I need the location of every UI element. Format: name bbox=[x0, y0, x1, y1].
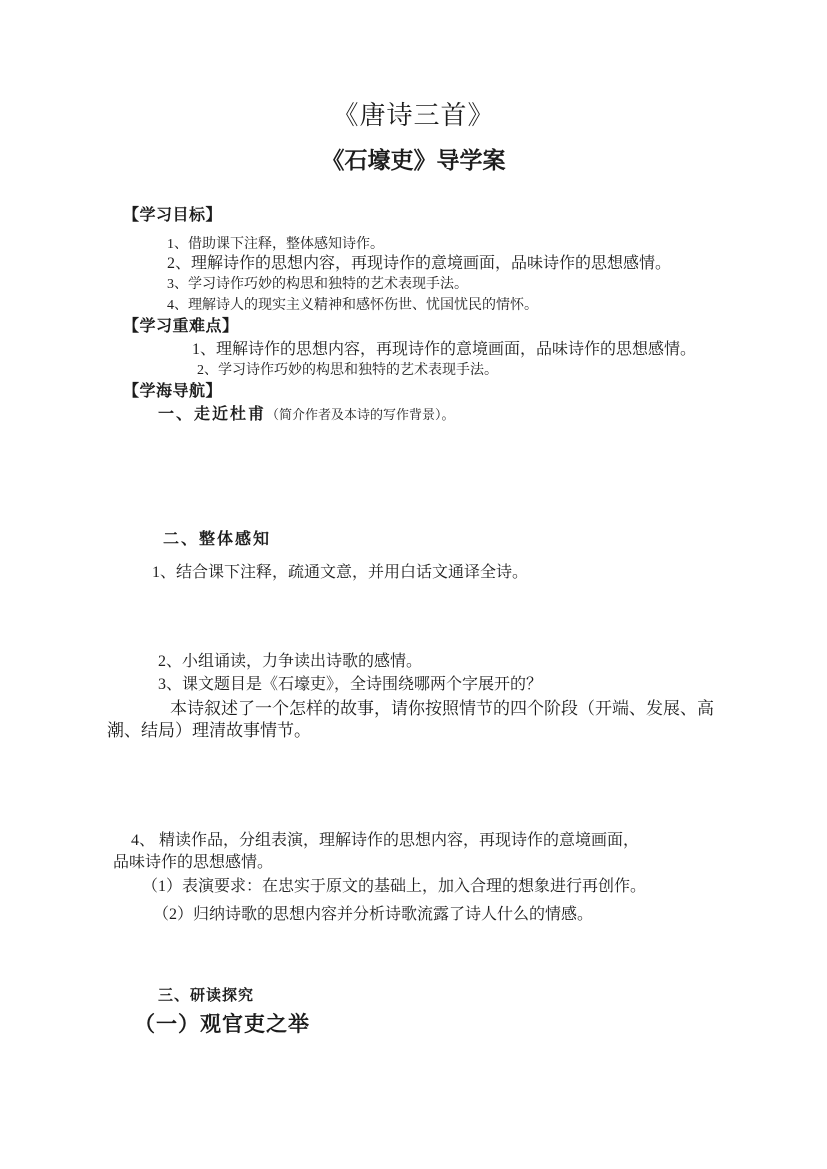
key-difficulty-item-1: 1、理解诗作的思想内容，再现诗作的意境画面，品味诗作的思想感情。 bbox=[192, 340, 696, 360]
part1-note: （简介作者及本诗的写作背景）。 bbox=[266, 407, 455, 422]
part1-title: 一、走近杜甫 bbox=[158, 406, 266, 423]
doc-title: 《唐诗三首》 bbox=[0, 100, 827, 133]
part2-question-3: 3、课文题目是《石壕吏》，全诗围绕哪两个字展开的？ bbox=[158, 675, 542, 695]
key-difficulty-item-2: 2、学习诗作巧妙的构思和独特的艺术表现手法。 bbox=[197, 362, 498, 380]
study-goal-item-3: 3、学习诗作巧妙的构思和独特的艺术表现手法。 bbox=[167, 276, 468, 294]
section-header-key-difficulties: 【学习重难点】 bbox=[123, 317, 239, 337]
part2-question-4-sub-2: （2）归纳诗歌的思想内容并分析诗歌流露了诗人什么的情感。 bbox=[153, 905, 593, 925]
part1-heading-line: 一、走近杜甫（简介作者及本诗的写作背景）。 bbox=[158, 405, 455, 425]
part2-title: 二、整体感知 bbox=[163, 530, 271, 550]
part2-question-4-sub-1: （1）表演要求：在忠实于原文的基础上，加入合理的想象进行再创作。 bbox=[142, 877, 646, 897]
part2-question-3-followup-line-1: 本诗叙述了一个怎样的故事，请你按照情节的四个阶段（开端、发展、高 bbox=[170, 698, 714, 719]
document-page: 《唐诗三首》 《石壕吏》导学案 【学习目标】 1、借助课下注释，整体感知诗作。 … bbox=[0, 0, 827, 1169]
study-goal-item-1: 1、借助课下注释，整体感知诗作。 bbox=[167, 236, 384, 254]
section-header-study-goals: 【学习目标】 bbox=[123, 206, 222, 226]
part2-question-4-line-1: 4、 精读作品，分组表演，理解诗作的思想内容，再现诗作的意境画面， bbox=[131, 831, 639, 851]
doc-subtitle: 《石壕吏》导学案 bbox=[0, 146, 827, 175]
section-header-study-navigation: 【学海导航】 bbox=[123, 382, 222, 402]
part2-question-3-followup-line-2: 潮、结局）理清故事情节。 bbox=[107, 720, 311, 741]
part3-title: 三、研读探究 bbox=[158, 987, 254, 1006]
study-goal-item-2: 2、理解诗作的思想内容，再现诗作的意境画面，品味诗作的思想感情。 bbox=[167, 254, 671, 274]
study-goal-item-4: 4、理解诗人的现实主义精神和感怀伤世、忧国忧民的情怀。 bbox=[167, 297, 538, 315]
part2-question-1: 1、结合课下注释，疏通文意，并用白话文通译全诗。 bbox=[152, 563, 528, 583]
part3-sub-heading-1: （一）观官吏之举 bbox=[134, 1012, 310, 1038]
part2-question-4-line-2: 品味诗作的思想感情。 bbox=[113, 853, 273, 873]
part2-question-2: 2、小组诵读，力争读出诗歌的感情。 bbox=[158, 652, 422, 672]
